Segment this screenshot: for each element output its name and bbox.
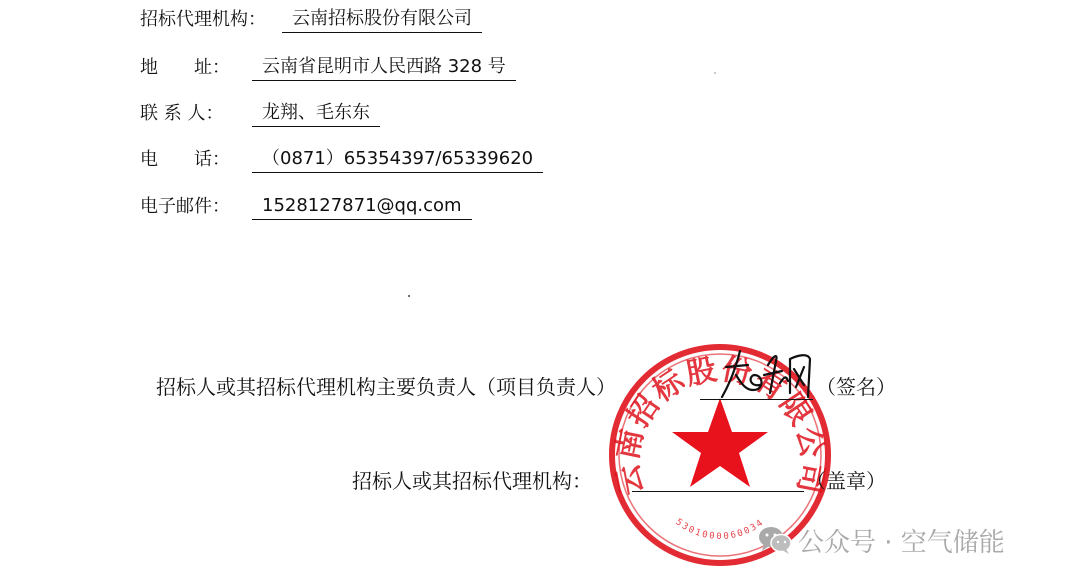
principal-signature-line: 招标人或其招标代理机构主要负责人（项目负责人） xyxy=(156,372,616,402)
address-value: 云南省昆明市人民西路 328 号 xyxy=(252,54,516,81)
address-label: 地 址： xyxy=(140,54,230,82)
scan-dot xyxy=(408,295,410,297)
seal-line: 招标人或其招标代理机构： xyxy=(352,466,592,496)
agency-value: 云南招标股份有限公司 xyxy=(282,6,482,33)
seal-blank xyxy=(632,491,804,492)
contact-label: 联 系 人： xyxy=(140,100,223,128)
seal-suffix: （盖章） xyxy=(806,466,886,496)
phone-value: （0871）65354397/65339620 xyxy=(252,146,543,173)
phone-label: 电 话： xyxy=(140,146,230,174)
principal-suffix: （签名） xyxy=(816,372,896,402)
svg-text:5301000060034: 5301000060034 xyxy=(673,517,766,542)
seal-label: 招标人或其招标代理机构： xyxy=(352,469,592,493)
wechat-icon xyxy=(758,525,792,555)
email-value: 1528127871@qq.com xyxy=(252,193,472,220)
scan-dot xyxy=(714,72,716,74)
contact-value: 龙翔、毛东东 xyxy=(252,100,380,127)
email-label: 电子邮件： xyxy=(140,193,230,221)
agency-label: 招标代理机构： xyxy=(140,6,266,34)
principal-label: 招标人或其招标代理机构主要负责人（项目负责人） xyxy=(156,375,616,399)
watermark-text: 公众号 · 空气储能 xyxy=(798,522,1005,559)
wechat-watermark: 公众号 · 空气储能 xyxy=(758,520,1005,560)
handwritten-signature-icon xyxy=(718,345,818,405)
